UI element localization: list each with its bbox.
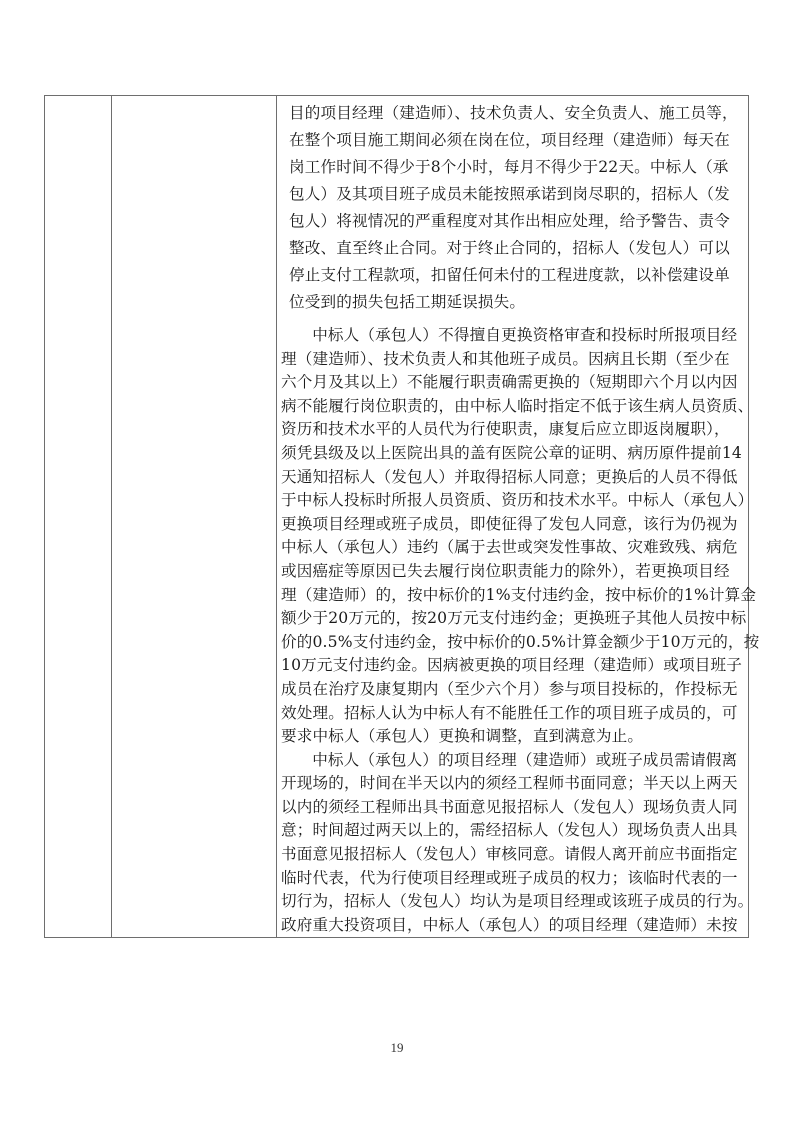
table-row: 目的项目经理（建造师）、技术负责人、安全负责人、施工员等， 在整个项目施工期间必… (45, 96, 749, 938)
table-cell-index (45, 96, 112, 938)
text-line: 书面意见报招标人（发包人）审核同意。请假人离开前应书面指定 (281, 843, 746, 867)
table-cell-item (112, 96, 277, 938)
text-line: 包人）及其项目班子成员未能按照承诺到岗尽职的，招标人（发 (289, 181, 746, 208)
text-line: 切行为，招标人（发包人）均认为是项目经理或该班子成员的行为。 (281, 890, 746, 914)
text-line: 更换项目经理或班子成员，即使征得了发包人同意，该行为仍视为 (281, 513, 746, 537)
text-line: 理（建造师）的，按中标价的1%支付违约金，按中标价的1%计算金 (281, 584, 746, 608)
text-line: 在整个项目施工期间必须在岗在位，项目经理（建造师）每天在 (289, 127, 746, 154)
text-line: 以内的须经工程师出具书面意见报招标人（发包人）现场负责人同 (281, 796, 746, 820)
clause-text: 目的项目经理（建造师）、技术负责人、安全负责人、施工员等， 在整个项目施工期间必… (277, 96, 748, 937)
paragraph-staffing-attendance: 目的项目经理（建造师）、技术负责人、安全负责人、施工员等， 在整个项目施工期间必… (281, 100, 746, 316)
text-line: 天通知招标人（发包人）并取得招标人同意；更换后的人员不得低 (281, 466, 746, 490)
text-line: 中标人（承包人）的项目经理（建造师）或班子成员需请假离 (281, 749, 746, 773)
text-line: 价的0.5%支付违约金，按中标价的0.5%计算金额少于10万元的，按 (281, 631, 746, 655)
paragraph-leave-request: 中标人（承包人）的项目经理（建造师）或班子成员需请假离 开现场的，时间在半天以内… (281, 749, 746, 938)
text-line: 或因癌症等原因已失去履行岗位职责能力的除外），若更换项目经 (281, 560, 746, 584)
text-line: 临时代表，代为行使项目经理或班子成员的权力；该临时代表的一 (281, 867, 746, 891)
text-line: 岗工作时间不得少于8个小时，每月不得少于22天。中标人（承 (289, 154, 746, 181)
text-line: 六个月及其以上）不能履行职责确需更换的（短期即六个月以内因 (281, 371, 746, 395)
text-line: 整改、直至终止合同。对于终止合同的，招标人（发包人）可以 (289, 235, 746, 262)
text-line: 包人）将视情况的严重程度对其作出相应处理，给予警告、责令 (289, 208, 746, 235)
text-line: 中标人（承包人）违约（属于去世或突发性事故、灾难致残、病危 (281, 536, 746, 560)
page-number: 19 (0, 1040, 794, 1056)
text-line: 10万元支付违约金。因病被更换的项目经理（建造师）或项目班子 (281, 654, 746, 678)
text-line: 于中标人投标时所报人员资质、资历和技术水平。中标人（承包人） (281, 489, 746, 513)
text-line: 政府重大投资项目，中标人（承包人）的项目经理（建造师）未按 (281, 914, 746, 938)
text-line: 意；时间超过两天以上的，需经招标人（发包人）现场负责人出具 (281, 819, 746, 843)
paragraph-personnel-replacement: 中标人（承包人）不得擅自更换资格审查和投标时所报项目经 理（建造师）、技术负责人… (281, 324, 746, 749)
text-line: 目的项目经理（建造师）、技术负责人、安全负责人、施工员等， (289, 100, 746, 127)
text-line: 停止支付工程款项，扣留任何未付的工程进度款，以补偿建设单 (289, 262, 746, 289)
text-line: 须凭县级及以上医院出具的盖有医院公章的证明、病历原件提前14 (281, 442, 746, 466)
text-line: 位受到的损失包括工期延误损失。 (289, 289, 746, 316)
text-line: 中标人（承包人）不得擅自更换资格审查和投标时所报项目经 (281, 324, 746, 348)
text-line: 额少于20万元的，按20万元支付违约金；更换班子其他人员按中标 (281, 607, 746, 631)
text-line: 资历和技术水平的人员代为行使职责，康复后应立即返岗履职）， (281, 418, 746, 442)
table-cell-content: 目的项目经理（建造师）、技术负责人、安全负责人、施工员等， 在整个项目施工期间必… (277, 96, 749, 938)
contract-terms-table: 目的项目经理（建造师）、技术负责人、安全负责人、施工员等， 在整个项目施工期间必… (44, 95, 749, 938)
text-line: 成员在治疗及康复期内（至少六个月）参与项目投标的，作投标无 (281, 678, 746, 702)
text-line: 病不能履行岗位职责的，由中标人临时指定不低于该生病人员资质、 (281, 395, 746, 419)
document-page: 目的项目经理（建造师）、技术负责人、安全负责人、施工员等， 在整个项目施工期间必… (0, 0, 794, 1122)
text-line: 要求中标人（承包人）更换和调整，直到满意为止。 (281, 725, 746, 749)
text-line: 开现场的，时间在半天以内的须经工程师书面同意；半天以上两天 (281, 772, 746, 796)
text-line: 理（建造师）、技术负责人和其他班子成员。因病且长期（至少在 (281, 348, 746, 372)
text-line: 效处理。招标人认为中标人有不能胜任工作的项目班子成员的，可 (281, 702, 746, 726)
